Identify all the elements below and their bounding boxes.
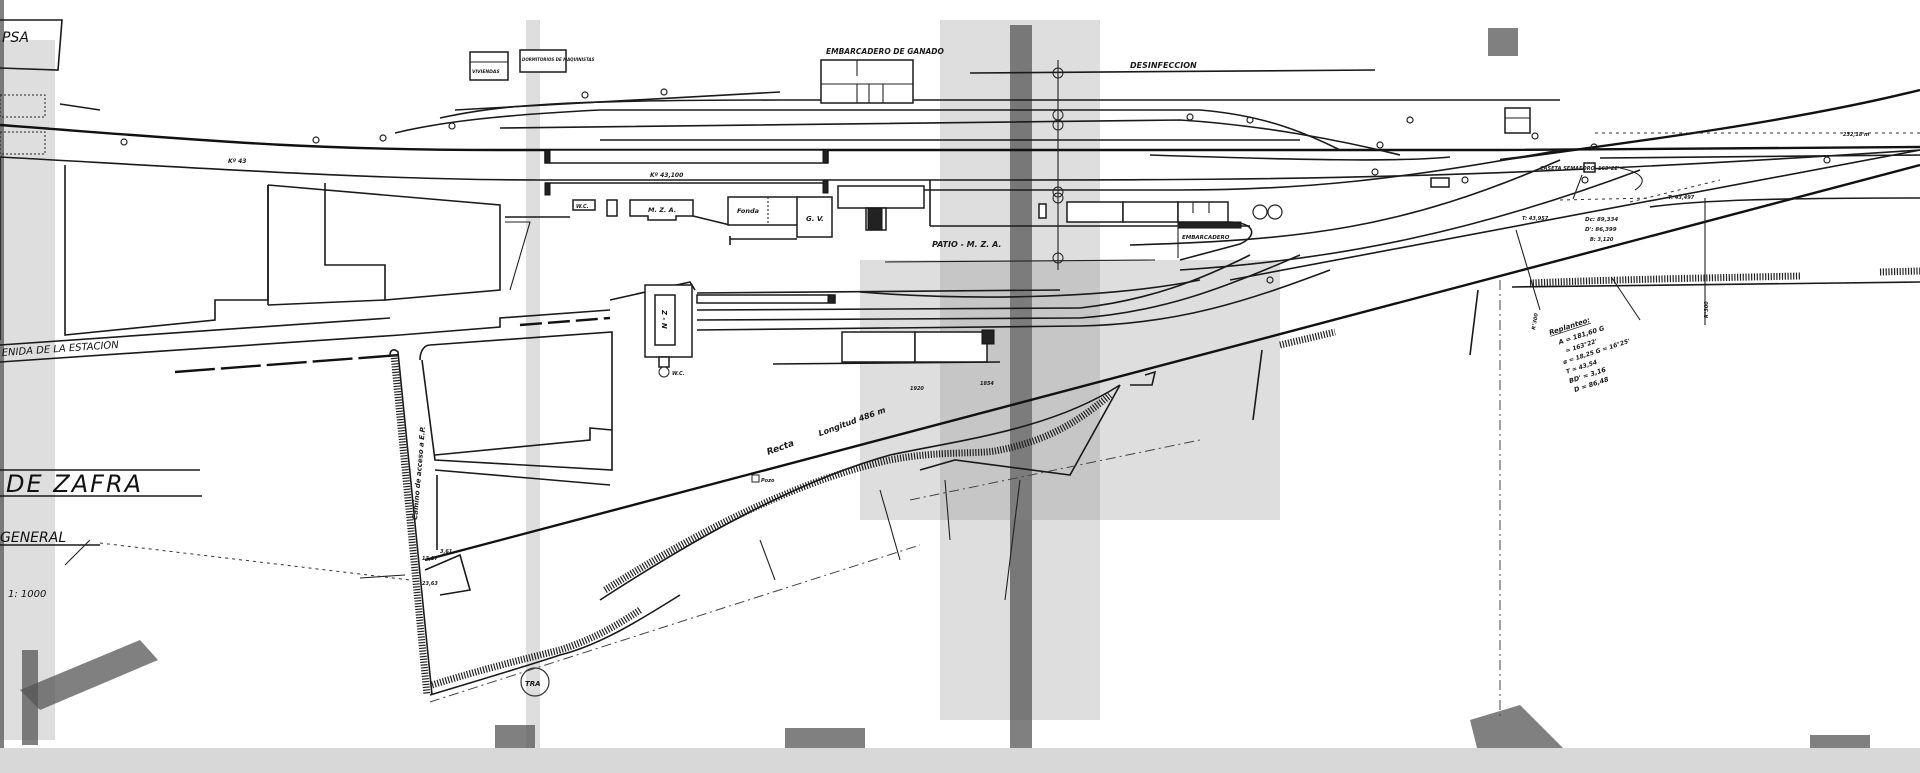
desinfeccion-label: DESINFECCION [1130,61,1197,70]
year-1-label: 1920 [910,386,924,392]
year-2-label: 1854 [980,381,994,387]
embarcadero-label: EMBARCADERO [1182,235,1230,241]
caseta-semaforo: CASETA SEMAFORO 163°22' T: 43,957 T: 43,… [1516,132,1869,330]
access-path: Camino de acceso a E.P. 3,61 13,17 23,63 [360,332,612,695]
zafra-station-plan: PSA [0,0,1920,773]
wc-label: W.C. [576,204,589,210]
r-left-label: R°300 [1531,312,1540,330]
zn-label: Z - N [660,309,668,329]
km-left-label: Kº 43 [228,158,246,165]
d-label: D': 86,399 [1585,227,1617,233]
right-embankment [1253,271,1920,720]
r-right-label: R°300 [1704,301,1710,318]
dim-1-label: 3,61 [440,549,452,555]
scan-artefacts [0,0,1920,773]
city-blocks: ENIDA DE LA ESTACION [0,158,610,372]
distance-label: 232,18 m [1843,132,1869,138]
patio-label: PATIO - M. Z. A. [932,240,1001,249]
km-mid-label: Kº 43,100 [650,172,683,179]
platforms: Kº 43,100 [545,150,828,195]
title-line2: GENERAL [0,530,66,546]
replanteo-table: Replanteo: A = 181,60 G = 163°22' α = 18… [1548,306,1640,396]
wc2-label: W.C. [672,371,685,377]
recta-label: Recta [766,439,796,458]
mza-label: M. Z. A. [648,206,676,214]
angle-label: 163°22' [1598,166,1620,172]
dim-2-label: 23,63 [422,581,438,587]
t1-label: T: 43,957 [1522,216,1549,222]
tra-label: TRA [525,680,541,688]
fonda-label: Fonda [737,207,759,215]
scale-label: 1: 1000 [8,589,46,600]
viviendas-label: VIVIENDAS [472,69,500,75]
dormitorios-label: DORMITORIOS DE MAQUINISTAS [522,57,595,62]
gv-label: G. V. [806,215,824,223]
embarcadero-ganado-label: EMBARCADERO DE GANADO [826,47,945,56]
dim-3-label: 13,17 [422,556,438,562]
corner-label: PSA [2,30,29,46]
pozo-label: Pozo [761,478,775,484]
title-block: DE ZAFRA GENERAL 1: 1000 [0,470,410,600]
caseta-label: CASETA SEMAFORO [1540,166,1596,172]
dc-label: Dc: 89,334 [1585,217,1618,223]
title-line1: DE ZAFRA [6,470,143,498]
t2-label: T: 43,497 [1668,195,1695,201]
access-path-label: Camino de acceso a E.P. [411,426,427,520]
b-label: B: 3,120 [1590,237,1614,243]
